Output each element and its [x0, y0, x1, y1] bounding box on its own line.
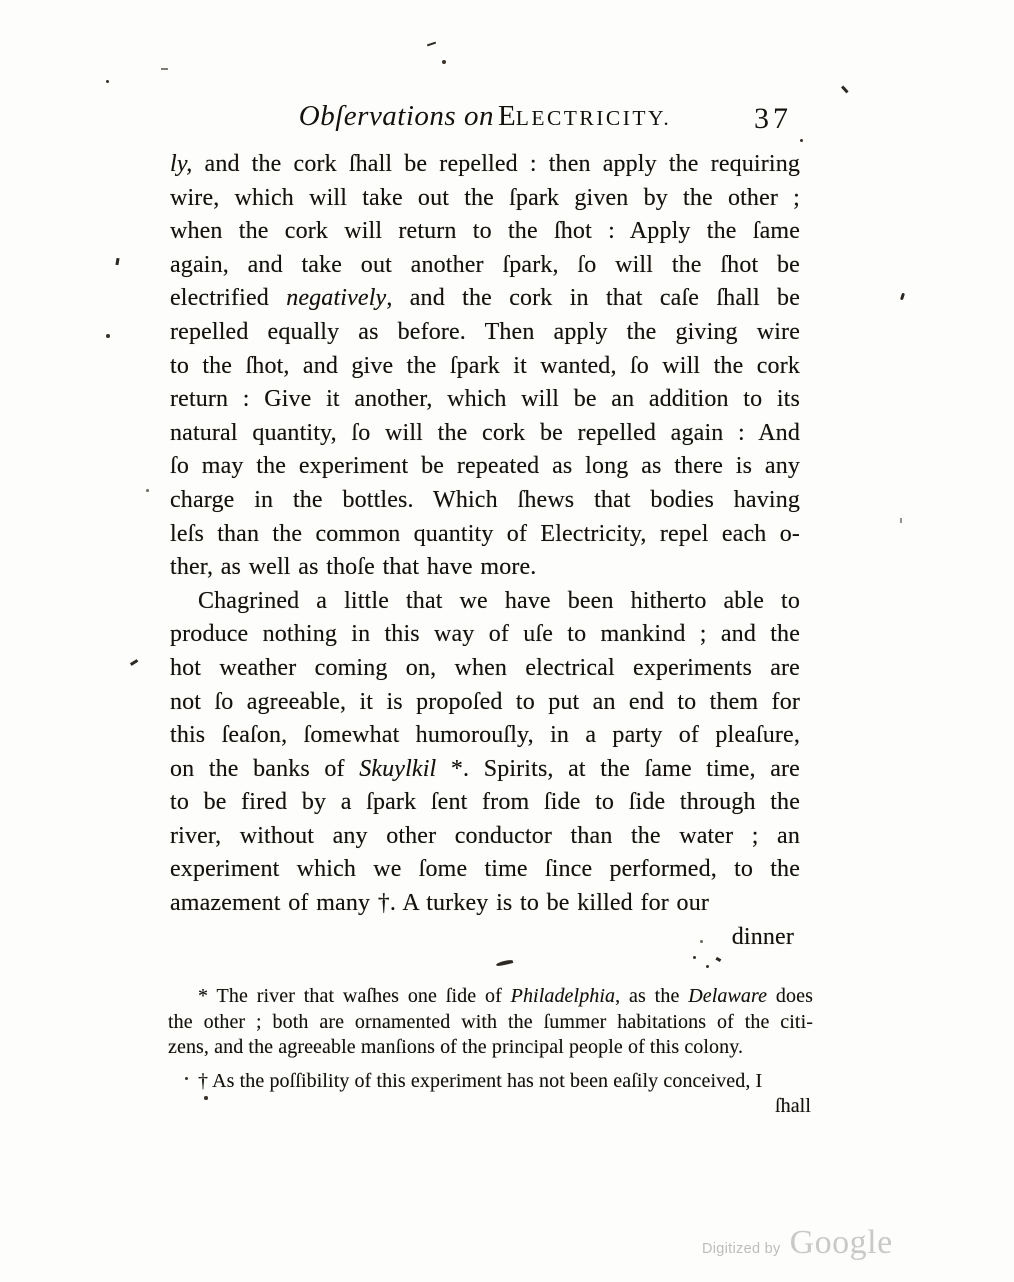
text-line: hot weather coming on, when electrical e…: [170, 652, 800, 686]
google-logo: Google: [790, 1224, 893, 1262]
text-line: this ſeaſon, ſomewhat humorouſly, in a p…: [170, 719, 800, 753]
scan-speckle: [900, 518, 902, 523]
text-line: river, without any other conductor than …: [170, 820, 800, 854]
digitized-by-label: Digitized by: [702, 1241, 781, 1257]
catchword: dinner: [170, 921, 800, 955]
text-line: leſs than the common quantity of Electri…: [170, 518, 800, 552]
text-line: ther, as well as thoſe that have more.: [170, 551, 800, 585]
text-line: to be fired by a ſpark ſent from ſide to…: [170, 786, 800, 820]
text-line: experiment which we ſome time ſince perf…: [170, 853, 800, 887]
text-line: again, and take out another ſpark, ſo wi…: [170, 249, 800, 283]
scan-speckle: [800, 139, 803, 142]
text-line: not ſo agreeable, it is propoſed to put …: [170, 686, 800, 720]
scan-speckle: [146, 489, 149, 492]
body-text: ly, and the cork ſhall be repelled : the…: [170, 148, 800, 954]
footnote-line: the other ; both are ornamented with the…: [168, 1010, 813, 1036]
text-line: charge in the bottles. Which ſhews that …: [170, 484, 800, 518]
scan-speckle: [130, 659, 138, 665]
text-line: produce nothing in this way of uſe to ma…: [170, 618, 800, 652]
footnotes: * The river that waſhes one ſide of Phil…: [168, 984, 813, 1120]
running-header: Obſervations on ELECTRICITY. 37: [170, 100, 800, 146]
running-title-italic: Obſervations on: [299, 100, 494, 132]
text-line paragraph-start: Chagrined a little that we have been hit…: [170, 585, 800, 619]
scan-speckle: [841, 85, 848, 93]
footnote-river: * The river that waſhes one ſide of Phil…: [168, 984, 813, 1061]
scan-speckle: [106, 80, 109, 83]
footnote-line: * The river that waſhes one ſide of Phil…: [168, 984, 813, 1010]
text-line: wire, which will take out the ſpark give…: [170, 182, 800, 216]
footnote-possibility: † As the poſſibility of this experiment …: [168, 1069, 813, 1120]
scan-speckle: [204, 1096, 208, 1100]
text-line: ly, and the cork ſhall be repelled : the…: [170, 148, 800, 182]
scan-speckle: [900, 293, 905, 301]
text-line: repelled equally as before. Then apply t…: [170, 316, 800, 350]
text-line: ſo may the experiment be repeated as lon…: [170, 450, 800, 484]
scan-speckle: [706, 965, 709, 968]
scan-speckle: [106, 334, 110, 338]
scan-speckle: [693, 956, 696, 959]
text-line: electrified negatively, and the cork in …: [170, 282, 800, 316]
scan-speckle: [115, 258, 119, 265]
text-line: natural quantity, ſo will the cork be re…: [170, 417, 800, 451]
scan-speckle: [161, 68, 168, 70]
footnote-line: zens, and the agreeable manſions of the …: [168, 1035, 813, 1061]
text-line: amazement of many †. A turkey is to be k…: [170, 887, 800, 921]
text-line: return : Give it another, which will be …: [170, 383, 800, 417]
text-line: to the ſhot, and give the ſpark it wante…: [170, 350, 800, 384]
scan-speckle: [185, 1077, 188, 1080]
footnote-line: † As the poſſibility of this experiment …: [168, 1069, 813, 1095]
running-title-caps: LECTRICITY.: [516, 106, 672, 130]
google-watermark: Digitized by Google: [702, 1224, 893, 1262]
text-line: on the banks of Skuylkil *. Spirits, at …: [170, 753, 800, 787]
text-line: when the cork will return to the ſhot : …: [170, 215, 800, 249]
scan-speckle: [442, 60, 446, 64]
scanned-book-page: { "page": { "description": "Scanned book…: [0, 0, 1014, 1282]
scan-speckle: [700, 940, 703, 943]
page-number: 37: [754, 102, 792, 136]
catchword: ſhall: [168, 1094, 813, 1120]
scan-speckle: [427, 42, 436, 47]
running-title-caps-initial: E: [498, 100, 516, 132]
